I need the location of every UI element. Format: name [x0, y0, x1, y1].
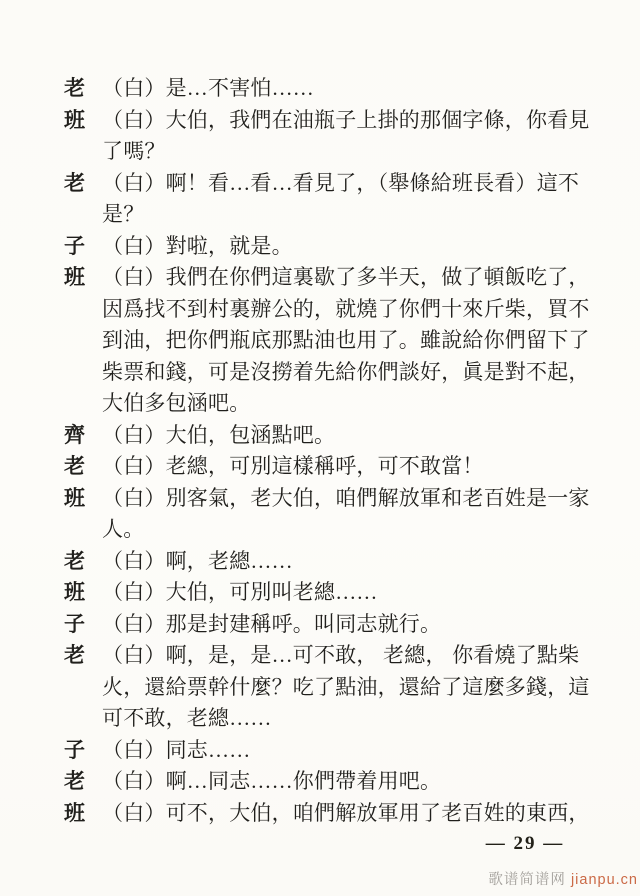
dialogue-line: （白）大伯，可別叫老總……: [102, 577, 584, 609]
dialogue-lines: （白）是…不害怕……: [102, 73, 584, 105]
dialogue-lines: （白）啊！看…看…看見了，（舉條給班長看）這不是？: [102, 168, 584, 231]
speaker-label: 子: [64, 231, 102, 263]
speaker-label: 老: [64, 546, 102, 578]
dialogue-entry: 班 （白）我們在你們這裏歇了多半天，做了頓飯吃了，因爲找不到村裏辦公的，就燒了你…: [64, 262, 584, 420]
dialogue-line: 是？: [102, 199, 584, 231]
dialogue-line: （白）啊，老總……: [102, 546, 584, 578]
watermark: 歌谱简谱网 jianpu.cn: [488, 868, 638, 889]
dialogue-lines: （白）同志……: [102, 735, 584, 767]
dialogue-line: （白）啊！看…看…看見了，（舉條給班長看）這不: [102, 168, 584, 200]
dialogue-lines: （白）對啦，就是。: [102, 231, 584, 263]
dialogue-entry: 齊 （白）大伯，包涵點吧。: [64, 420, 584, 452]
dialogue-lines: （白）啊，老總……: [102, 546, 584, 578]
dialogue-line: 可不敢，老總……: [102, 703, 584, 735]
dialogue-entry: 子 （白）那是封建稱呼。叫同志就行。: [64, 609, 584, 641]
dialogue-lines: （白）我們在你們這裏歇了多半天，做了頓飯吃了，因爲找不到村裏辦公的，就燒了你們十…: [102, 262, 584, 420]
dialogue-line: （白）那是封建稱呼。叫同志就行。: [102, 609, 584, 641]
speaker-label: 老: [64, 451, 102, 483]
dialogue-lines: （白）老總，可別這樣稱呼，可不敢當！: [102, 451, 584, 483]
dialogue-line: （白）啊，是，是…可不敢， 老總， 你看燒了點柴: [102, 640, 584, 672]
dialogue-entry: 班 （白）可不，大伯，咱們解放軍用了老百姓的東西，: [64, 798, 584, 830]
dialogue-lines: （白）那是封建稱呼。叫同志就行。: [102, 609, 584, 641]
dialogue-line: （白）我們在你們這裏歇了多半天，做了頓飯吃了，: [102, 262, 584, 294]
dialogue-line: （白）對啦，就是。: [102, 231, 584, 263]
dialogue-entry: 老 （白）啊！看…看…看見了，（舉條給班長看）這不是？: [64, 168, 584, 231]
dialogue-entry: 老 （白）啊，老總……: [64, 546, 584, 578]
dialogue-line: （白）可不，大伯，咱們解放軍用了老百姓的東西，: [102, 798, 584, 830]
dialogue-lines: （白）可不，大伯，咱們解放軍用了老百姓的東西，: [102, 798, 584, 830]
dialogue-lines: （白）大伯，可別叫老總……: [102, 577, 584, 609]
speaker-label: 子: [64, 735, 102, 767]
speaker-label: 老: [64, 640, 102, 672]
dialogue-lines: （白）別客氣，老大伯，咱們解放軍和老百姓是一家人。: [102, 483, 584, 546]
dialogue-line: （白）老總，可別這樣稱呼，可不敢當！: [102, 451, 584, 483]
dialogue-line: （白）是…不害怕……: [102, 73, 584, 105]
dialogue-lines: （白）啊，是，是…可不敢， 老總， 你看燒了點柴火，還給票幹什麼？吃了點油，還給…: [102, 640, 584, 735]
page-number: — 29 —: [470, 833, 580, 855]
dialogue-line: 人。: [102, 514, 584, 546]
speaker-label: 老: [64, 766, 102, 798]
dialogue-entry: 子 （白）對啦，就是。: [64, 231, 584, 263]
dialogue-entry: 老 （白）是…不害怕……: [64, 73, 584, 105]
dialogue-line: （白）大伯，我們在油瓶子上掛的那個字條，你看見: [102, 105, 584, 137]
watermark-site-name: 歌谱简谱网: [488, 872, 566, 888]
dialogue-line: （白）別客氣，老大伯，咱們解放軍和老百姓是一家: [102, 483, 584, 515]
scanned-script-page: 老 （白）是…不害怕…… 班 （白）大伯，我們在油瓶子上掛的那個字條，你看見了嗎…: [0, 0, 640, 896]
speaker-label: 老: [64, 73, 102, 105]
dialogue-line: （白）大伯，包涵點吧。: [102, 420, 584, 452]
dialogue-entry: 班 （白）大伯，我們在油瓶子上掛的那個字條，你看見了嗎？: [64, 105, 584, 168]
dialogue-lines: （白）大伯，包涵點吧。: [102, 420, 584, 452]
dialogue-line: 了嗎？: [102, 136, 584, 168]
dialogue-lines: （白）啊…同志……你們帶着用吧。: [102, 766, 584, 798]
dialogue-line: 柴票和錢，可是沒撈着先給你們談好，眞是對不起，: [102, 357, 584, 389]
dialogue-line: 因爲找不到村裏辦公的，就燒了你們十來斤柴，買不: [102, 294, 584, 326]
dialogue-line: 火，還給票幹什麼？吃了點油，還給了這麼多錢，這: [102, 672, 584, 704]
dialogue-line: 到油，把你們瓶底那點油也用了。雖說給你們留下了: [102, 325, 584, 357]
dialogue-line: （白）啊…同志……你們帶着用吧。: [102, 766, 584, 798]
speaker-label: 班: [64, 798, 102, 830]
speaker-label: 班: [64, 105, 102, 137]
speaker-label: 班: [64, 262, 102, 294]
dialogue-line: （白）同志……: [102, 735, 584, 767]
dialogue-list: 老 （白）是…不害怕…… 班 （白）大伯，我們在油瓶子上掛的那個字條，你看見了嗎…: [64, 73, 584, 829]
watermark-site-url: jianpu.cn: [571, 872, 638, 888]
speaker-label: 班: [64, 483, 102, 515]
dialogue-entry: 老 （白）老總，可別這樣稱呼，可不敢當！: [64, 451, 584, 483]
dialogue-entry: 班 （白）別客氣，老大伯，咱們解放軍和老百姓是一家人。: [64, 483, 584, 546]
speaker-label: 子: [64, 609, 102, 641]
speaker-label: 班: [64, 577, 102, 609]
dialogue-entry: 班 （白）大伯，可別叫老總……: [64, 577, 584, 609]
speaker-label: 老: [64, 168, 102, 200]
dialogue-entry: 老 （白）啊…同志……你們帶着用吧。: [64, 766, 584, 798]
dialogue-entry: 老 （白）啊，是，是…可不敢， 老總， 你看燒了點柴火，還給票幹什麼？吃了點油，…: [64, 640, 584, 735]
dialogue-line: 大伯多包涵吧。: [102, 388, 584, 420]
dialogue-lines: （白）大伯，我們在油瓶子上掛的那個字條，你看見了嗎？: [102, 105, 584, 168]
dialogue-entry: 子 （白）同志……: [64, 735, 584, 767]
speaker-label: 齊: [64, 420, 102, 452]
